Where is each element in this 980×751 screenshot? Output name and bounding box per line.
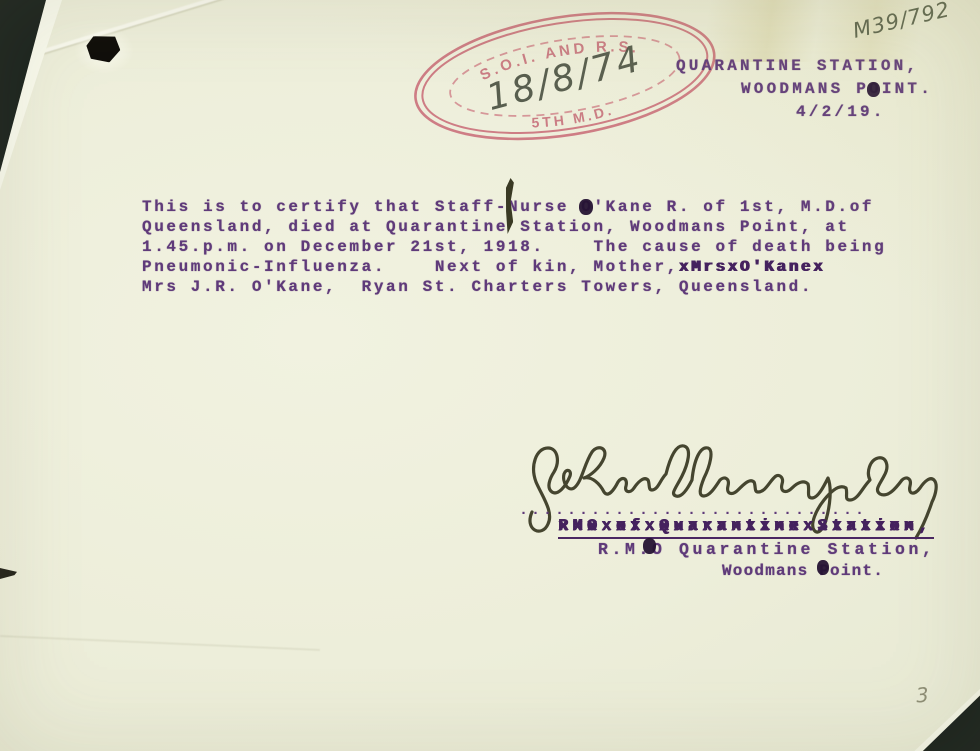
ink-blot-header-point <box>867 82 880 97</box>
document-scan: S.O.I. AND R.S. 5TH M.D. 18/8/74 M39/792… <box>0 0 980 751</box>
ink-blot-okane <box>579 199 593 215</box>
ink-blot-footer-point <box>817 560 829 575</box>
body-line-5: Mrs J.R. O'Kane, Ryan St. Charters Tower… <box>142 277 886 297</box>
letterhead-station: QUARANTINE STATION, <box>676 57 919 75</box>
letterhead-location: WOODMANS POINT. <box>741 80 933 98</box>
body-line-4-text: Pneumonic-Influenza. Next of kin, Mother… <box>142 258 679 276</box>
certificate-body: This is to certify that Staff-Nurse O'Ka… <box>142 197 886 297</box>
body-line-4-struck-out-text: xMrsxO'Kanex <box>679 258 825 276</box>
date-received-stamp: S.O.I. AND R.S. 5TH M.D. 18/8/74 <box>402 0 728 163</box>
file-reference-handwritten: M39/792 <box>851 0 953 43</box>
signature-title-struck-out: RMO of Quarantine Station, xxxxxxxxxxxxx… <box>558 516 934 539</box>
signatory-location: Woodmans Point. <box>722 562 884 580</box>
struck-overlay-x: xxxxxxxxxxxxxxxxxxxxxxxxx <box>558 516 918 535</box>
ink-blot-rmo <box>643 538 656 554</box>
page-number-handwritten: 3 <box>915 682 930 707</box>
scan-background-corner-bottom-right <box>896 667 980 751</box>
body-line-1: This is to certify that Staff-Nurse O'Ka… <box>142 197 886 217</box>
body-line-2: Queensland, died at Quarantine Station, … <box>142 217 886 237</box>
paper-crease-bottom <box>0 635 320 651</box>
paper-edge-nick <box>0 568 17 579</box>
body-line-4: Pneumonic-Influenza. Next of kin, Mother… <box>142 257 886 277</box>
letterhead-date: 4/2/19. <box>796 103 886 121</box>
body-line-3: 1.45.p.m. on December 21st, 1918. The ca… <box>142 237 886 257</box>
stamp-graphic: S.O.I. AND R.S. 5TH M.D. 18/8/74 <box>402 0 728 163</box>
